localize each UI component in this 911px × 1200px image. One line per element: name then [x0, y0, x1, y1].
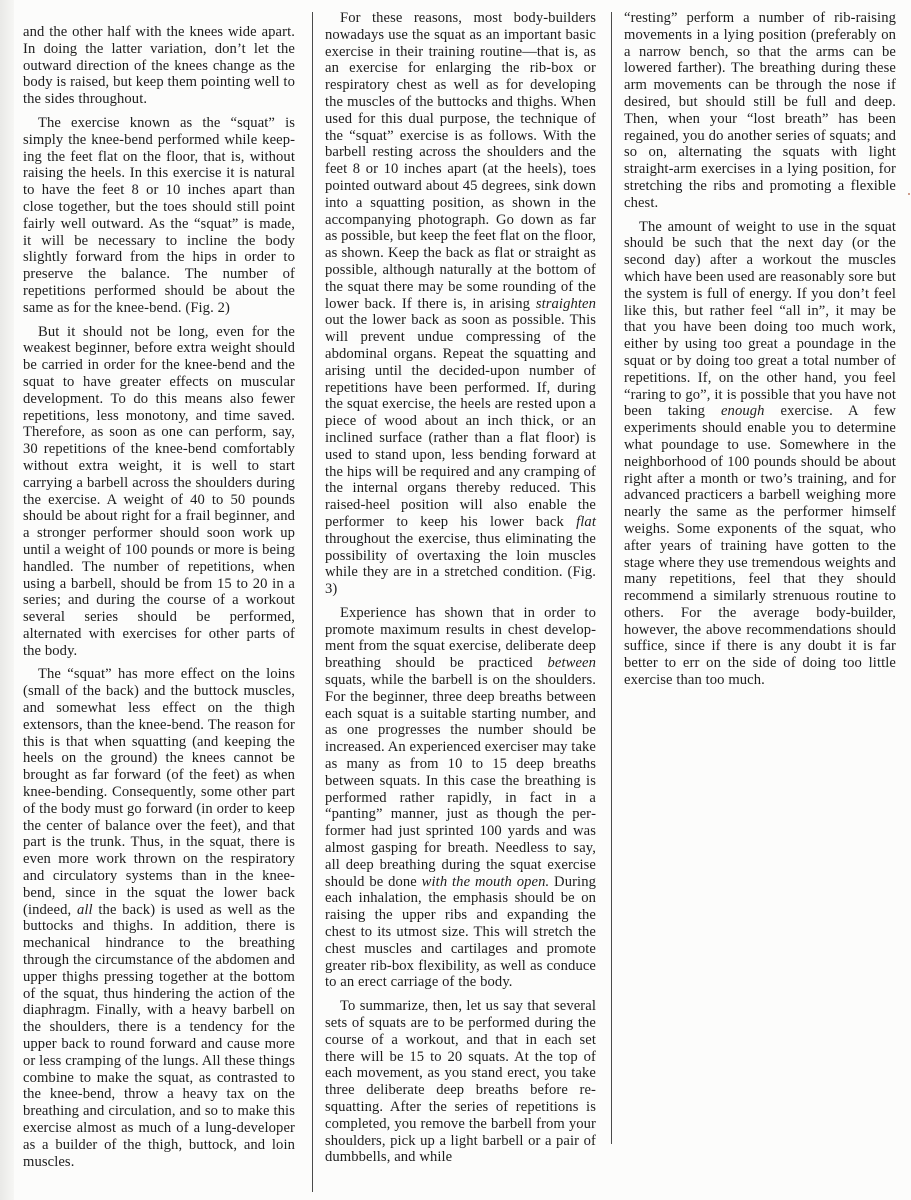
paragraph: Experience has shown that in order to pr…: [325, 605, 596, 991]
paragraph: The exercise known as the “squat” is sim…: [23, 115, 295, 317]
text-run: and the other half with the knees wide a…: [23, 24, 295, 107]
paragraph: The “squat” has more effect on the loins…: [23, 666, 295, 1170]
text-run: squats, while the barbell is on the shou…: [325, 672, 596, 890]
paragraph: “resting” perform a number of rib-raisin…: [624, 10, 896, 212]
italic-text: enough: [721, 403, 765, 419]
text-run: The “squat” has more effect on the loins…: [23, 666, 295, 917]
text-run: the back) is used as well as the buttock…: [23, 902, 295, 1170]
paragraph: and the other half with the knees wide a…: [23, 24, 295, 108]
text-run: Dur­ing each inhalation, the emphasis sh…: [325, 874, 596, 991]
italic-text: all: [77, 902, 93, 918]
text-run: throughout the exercise, thus eliminatin…: [325, 531, 596, 597]
text-column-3: “resting” perform a number of rib-raisin…: [624, 10, 896, 696]
text-run: The exercise known as the “squat” is sim…: [23, 115, 295, 316]
column-divider-2: [611, 12, 612, 1144]
paragraph: The amount of weight to use in the squat…: [624, 219, 896, 689]
text-column-1: and the other half with the knees wide a…: [23, 24, 295, 1177]
text-run: out the lower back as soon as possible. …: [325, 312, 596, 530]
scan-speck: [908, 193, 910, 195]
paragraph: For these reasons, most body-builders no…: [325, 10, 596, 598]
column-divider-1: [312, 12, 313, 1192]
page-edge-shadow: [0, 0, 14, 1200]
text-run: “resting” perform a number of rib-raisin…: [624, 10, 896, 211]
italic-text: straighten: [536, 296, 596, 312]
text-run: For these reasons, most body-builders no…: [325, 10, 596, 312]
text-run: To summarize, then, let us say that sev­…: [325, 998, 596, 1165]
text-run: But it should not be long, even for the …: [23, 324, 295, 659]
text-run: The amount of weight to use in the squat…: [624, 219, 896, 420]
text-column-2: For these reasons, most body-builders no…: [325, 10, 596, 1173]
italic-text: between: [547, 655, 596, 671]
text-run: exer­cise. A few experiments should enab…: [624, 403, 896, 688]
italic-text: with the mouth open.: [422, 874, 550, 890]
book-page: and the other half with the knees wide a…: [0, 0, 911, 1200]
paragraph: But it should not be long, even for the …: [23, 324, 295, 660]
paragraph: To summarize, then, let us say that sev­…: [325, 998, 596, 1166]
italic-text: flat: [576, 514, 596, 530]
